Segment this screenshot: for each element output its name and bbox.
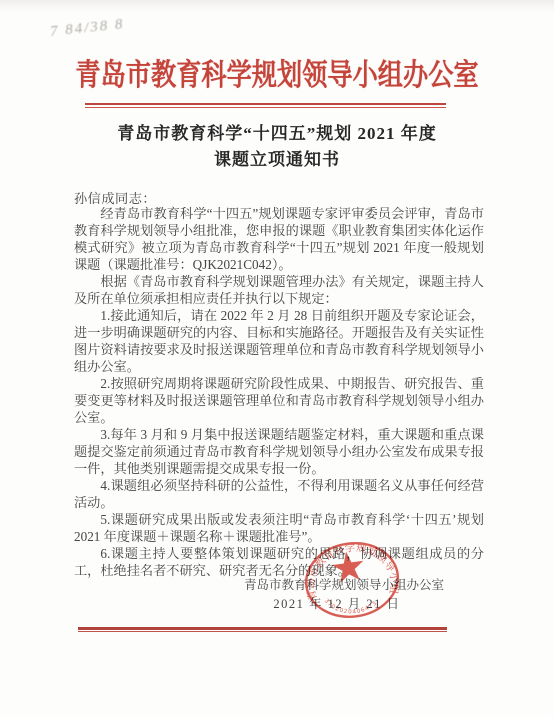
- document-title: 青岛市教育科学“十四五”规划 2021 年度 课题立项通知书: [0, 121, 554, 173]
- letterhead-org-name: 青岛市教育科学规划领导小组办公室: [75, 50, 478, 94]
- letterhead-double-rule: [85, 103, 446, 108]
- scanned-notice-page: 7 84/38 8 青岛市教育科学规划领导小组办公室 青岛市教育科学“十四五”规…: [0, 0, 554, 717]
- official-round-stamp: 青岛市教育科学规划领导小组办公室 3702020406473: [294, 531, 412, 627]
- stamp-code: 3702020406473: [322, 591, 379, 619]
- paragraph-regulations: 根据《青岛市教育科学规划课题管理办法》有关规定，课题主持人及所在单位须承担相应责…: [74, 273, 484, 307]
- rule-item-6: 6.课题主持人要整体策划课题研究的思路，协调课题组成员的分工，杜绝挂名者不研究、…: [74, 545, 484, 579]
- rule-item-1: 1.接此通知后，请在 2022 年 2 月 28 日前组织开题及专家论证会，进一…: [74, 307, 484, 375]
- document-title-line2: 课题立项通知书: [0, 147, 554, 173]
- footer-double-rule: [78, 627, 447, 632]
- letterhead: 青岛市教育科学规划领导小组办公室: [0, 50, 554, 94]
- rule-item-5: 5.课题研究成果出版或发表须注明“青岛市教育科学‘十四五’规划 2021 年度课…: [74, 511, 484, 545]
- notice-body: 经青岛市教育科学“十四五”规划课题专家评审委员会评审，青岛市教育科学规划领导小组…: [74, 205, 484, 579]
- rule-item-3: 3.每年 3 月和 9 月集中报送课题结题鉴定材料，重大课题和重点课题提交鉴定前…: [74, 426, 484, 477]
- stamp-code-holder: 3702020406473: [322, 591, 379, 619]
- document-title-line1: 青岛市教育科学“十四五”规划 2021 年度: [0, 121, 554, 147]
- handwritten-archive-note: 7 84/38 8: [49, 16, 125, 41]
- paragraph-approval: 经青岛市教育科学“十四五”规划课题专家评审委员会评审，青岛市教育科学规划领导小组…: [74, 205, 484, 273]
- rule-item-2: 2.按照研究周期将课题研究阶段性成果、中期报告、研究报告、重要变更等材料及时报送…: [74, 375, 484, 426]
- rule-item-4: 4.课题组必须坚持科研的公益性，不得利用课题名义从事任何经营活动。: [74, 477, 484, 511]
